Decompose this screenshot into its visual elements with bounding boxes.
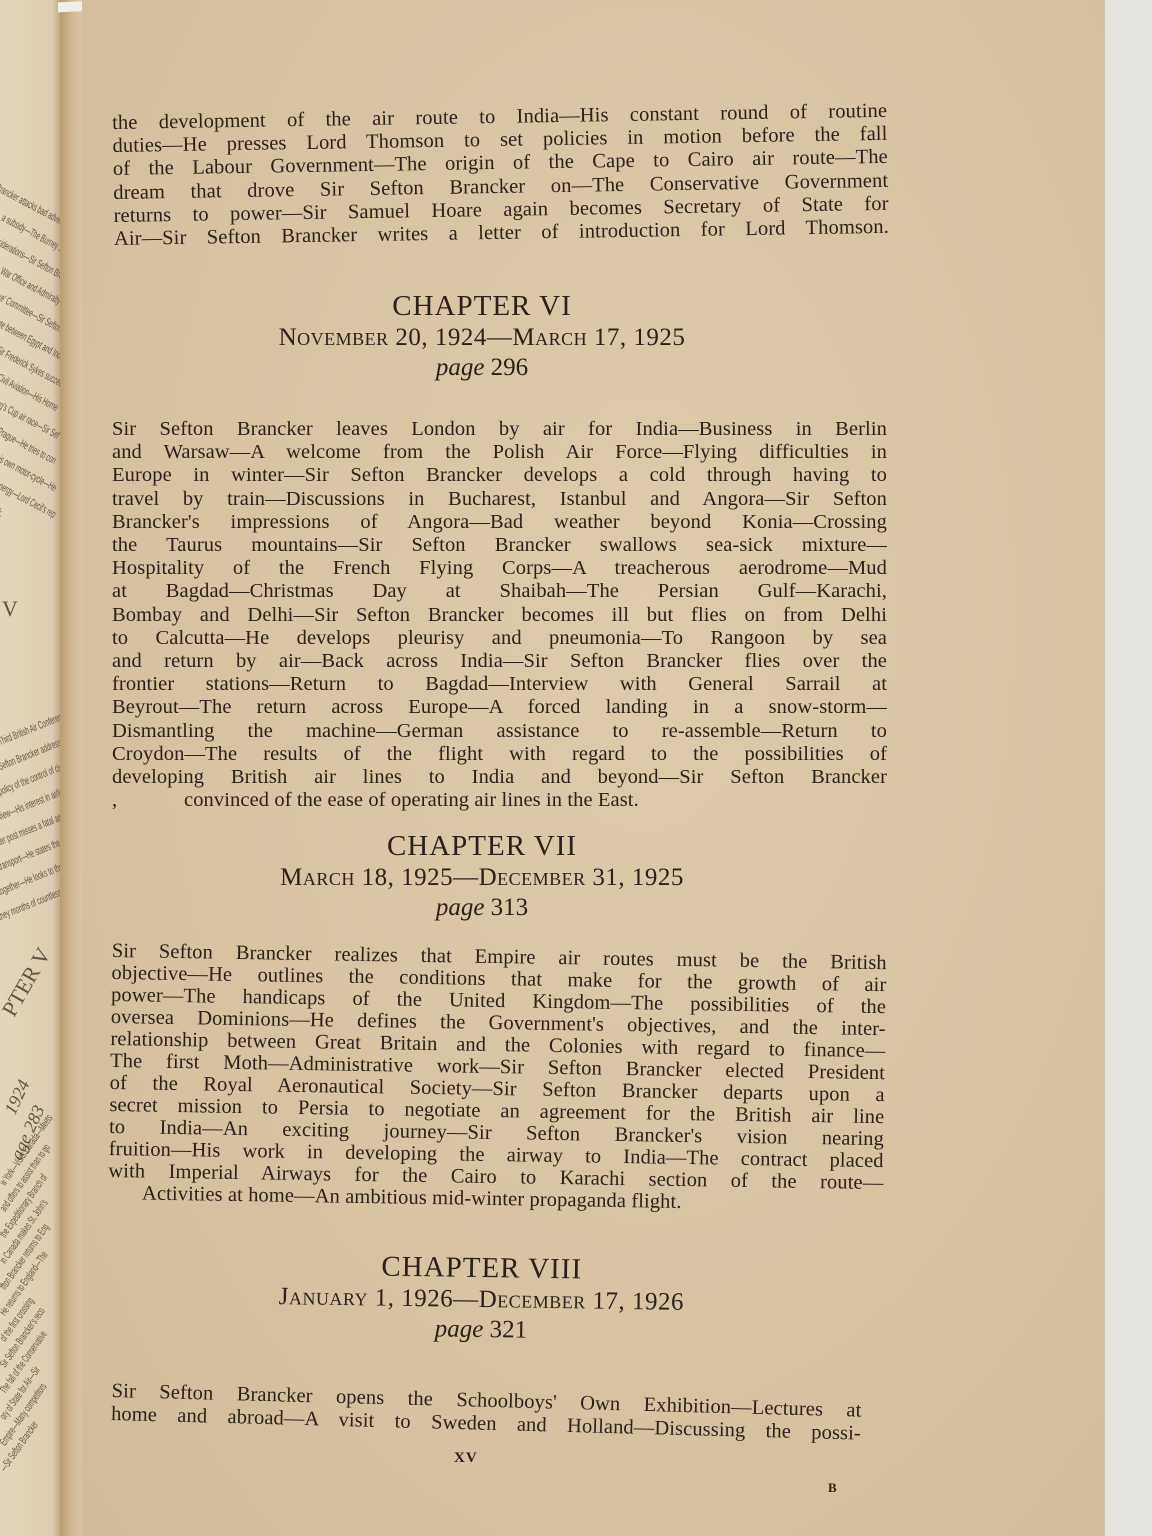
book-page: the development of the air route to Indi… — [82, 0, 1104, 1536]
page-folio: XV — [454, 1450, 478, 1467]
stray-mark: , — [112, 789, 184, 812]
chapter-viii-summary: Sir Sefton Brancker opens the Schoolboys… — [111, 1380, 862, 1446]
facing-page: n Brancker attacks bad adver-dia, a subs… — [0, 0, 66, 1536]
text-line: and return by air—Back across India—Sir … — [112, 650, 887, 673]
page-label: page — [436, 894, 485, 921]
text-line: at Bagdad—Christmas Day at Shaibah—The P… — [112, 580, 887, 603]
text-line: ,convinced of the ease of operating air … — [112, 789, 887, 812]
page-number: 296 — [491, 354, 529, 381]
text-line: and Warsaw—A welcome from the Polish Air… — [112, 441, 887, 464]
chapter-title: CHAPTER VI — [82, 290, 882, 323]
text-line: frontier stations—Return to Bagdad—Inter… — [112, 673, 887, 696]
text-line: the Taurus mountains—Sir Sefton Brancker… — [112, 534, 887, 557]
text-line: travel by train—Discussions in Bucharest… — [112, 488, 887, 511]
book-gutter — [60, 0, 82, 1536]
facing-v-fragment: V — [2, 600, 18, 617]
chapter-dates: November 20, 1924—March 17, 1925 — [82, 323, 882, 353]
text-line: Croydon—The results of the flight with r… — [112, 743, 887, 766]
chapter-page-ref: page 296 — [82, 353, 882, 383]
text-line: developing British air lines to India an… — [112, 766, 887, 789]
text-line: Bombay and Delhi—Sir Sefton Brancker bec… — [112, 604, 887, 627]
page-number: 313 — [491, 894, 529, 921]
chapter-page-ref: page 313 — [82, 893, 882, 923]
text-line: Europe in winter—Sir Sefton Brancker dev… — [112, 464, 887, 487]
underlying-sheet — [1104, 0, 1152, 1536]
facing-chapter-v-fragment: PTER V — [0, 945, 52, 1018]
text-line: Brancker's impressions of Angora—Bad wea… — [112, 511, 887, 534]
page-label: page — [436, 354, 485, 381]
chapter-vii-summary: Sir Sefton Brancker realizes that Empire… — [108, 940, 887, 1216]
text-line: Beyrout—The return across Europe—A force… — [112, 696, 887, 719]
text-line: to Calcutta—He develops pleurisy and pne… — [112, 627, 887, 650]
chapter-title: CHAPTER VII — [82, 830, 882, 863]
chapter-vii-heading: CHAPTER VII March 18, 1925—December 31, … — [82, 830, 882, 923]
signature-mark: B — [828, 1480, 838, 1496]
text-line: Sir Sefton Brancker leaves London by air… — [112, 418, 887, 441]
text-line: Dismantling the machine—German assistanc… — [112, 720, 887, 743]
chapter-vi-summary: Sir Sefton Brancker leaves London by air… — [112, 418, 887, 812]
page-label: page — [435, 1315, 484, 1343]
text-line-content: convinced of the ease of operating air l… — [184, 789, 639, 811]
chapter-viii-heading: CHAPTER VIII January 1, 1926—December 17… — [81, 1246, 882, 1350]
intro-paragraph: the development of the air route to Indi… — [112, 100, 889, 251]
chapter-dates: March 18, 1925—December 31, 1925 — [82, 863, 882, 893]
facing-page-line: ook. — [0, 502, 6, 522]
page-number: 321 — [489, 1316, 527, 1344]
chapter-vi-heading: CHAPTER VI November 20, 1924—March 17, 1… — [82, 290, 882, 383]
text-line: Hospitality of the French Flying Corps—A… — [112, 557, 887, 580]
